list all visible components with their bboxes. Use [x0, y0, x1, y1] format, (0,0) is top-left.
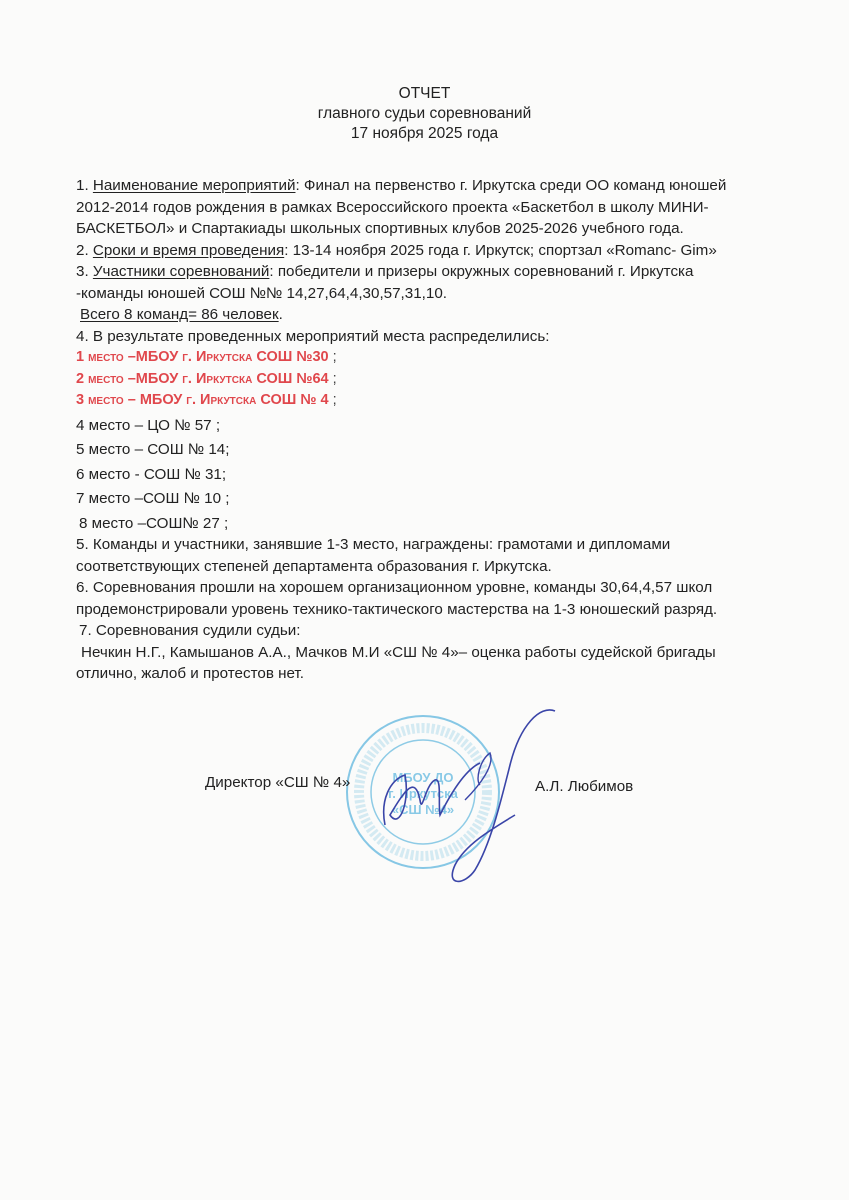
- total-teams: Всего 8 команд= 86 человек: [80, 306, 279, 323]
- report-header: ОТЧЕТ главного судьи соревнований 17 ноя…: [0, 84, 849, 144]
- place-3-end: ;: [329, 392, 337, 408]
- item-6-line-2: продемонстрировали уровень технико-такти…: [76, 599, 776, 621]
- place-1-text: 1 место –МБОУ г. Иркутска СОШ №30: [76, 349, 329, 365]
- item-4-intro: 4. В результате проведенных мероприятий …: [76, 326, 776, 348]
- place-2-end: ;: [329, 371, 337, 387]
- item-1-line-1: 1. Наименование мероприятий: Финал на пе…: [76, 175, 776, 197]
- report-title: ОТЧЕТ: [0, 84, 849, 104]
- report-date: 17 ноября 2025 года: [0, 124, 849, 144]
- item-7-line-2: Нечкин Н.Г., Камышанов А.А., Мачков М.И …: [76, 642, 776, 664]
- report-subtitle: главного судьи соревнований: [0, 104, 849, 124]
- item-1-number: 1.: [76, 177, 93, 194]
- signer-name: А.Л. Любимов: [535, 778, 633, 795]
- place-1-end: ;: [329, 349, 337, 365]
- item-6-line-1: 6. Соревнования прошли на хорошем органи…: [76, 577, 776, 599]
- item-1-heading: Наименование мероприятий: [93, 177, 296, 194]
- item-7-line-3: отлично, жалоб и протестов нет.: [76, 663, 776, 685]
- item-1-text: : Финал на первенство г. Иркутска среди …: [295, 177, 726, 194]
- item-2-text: : 13-14 ноября 2025 года г. Иркутск; спо…: [284, 242, 717, 259]
- signer-position: Директор «СШ № 4»: [205, 774, 350, 791]
- item-3-text: : победители и призеры окружных соревнов…: [269, 263, 693, 280]
- item-5-line-2: соответствующих степеней департамента об…: [76, 556, 776, 578]
- total-teams-end: .: [279, 306, 283, 323]
- place-1: 1 место –МБОУ г. Иркутска СОШ №30 ;: [76, 347, 776, 369]
- signature-block: Директор «СШ № 4» А.Л. Любимов: [0, 770, 849, 800]
- item-3-line-1: 3. Участники соревнований: победители и …: [76, 261, 776, 283]
- item-2: 2. Сроки и время проведения: 13-14 ноябр…: [76, 240, 776, 262]
- place-5: 5 место – СОШ № 14;: [76, 436, 776, 461]
- item-3-number: 3.: [76, 263, 93, 280]
- place-6: 6 место - СОШ № 31;: [76, 461, 776, 486]
- item-3-line-2: -команды юношей СОШ №№ 14,27,64,4,30,57,…: [76, 283, 776, 305]
- item-1-line-3: БАСКЕТБОЛ» и Спартакиады школьных спорти…: [76, 218, 776, 240]
- item-2-heading: Сроки и время проведения: [93, 242, 284, 259]
- place-8: 8 место –СОШ№ 27 ;: [76, 510, 776, 535]
- item-1-line-2: 2012-2014 годов рождения в рамках Всерос…: [76, 197, 776, 219]
- place-4: 4 место – ЦО № 57 ;: [76, 412, 776, 437]
- report-body: 1. Наименование мероприятий: Финал на пе…: [76, 175, 776, 685]
- item-5-line-1: 5. Команды и участники, занявшие 1-3 мес…: [76, 534, 776, 556]
- item-7-line-1: 7. Соревнования судили судьи:: [76, 620, 776, 642]
- item-3-heading: Участники соревнований: [93, 263, 269, 280]
- item-3-total: Всего 8 команд= 86 человек.: [76, 304, 776, 326]
- place-3: 3 место – МБОУ г. Иркутска СОШ № 4 ;: [76, 390, 776, 412]
- document-page: ОТЧЕТ главного судьи соревнований 17 ноя…: [0, 0, 849, 1200]
- place-2: 2 место –МБОУ г. Иркутска СОШ №64 ;: [76, 369, 776, 391]
- place-3-text: 3 место – МБОУ г. Иркутска СОШ № 4: [76, 392, 329, 408]
- item-2-number: 2.: [76, 242, 93, 259]
- place-2-text: 2 место –МБОУ г. Иркутска СОШ №64: [76, 371, 329, 387]
- place-7: 7 место –СОШ № 10 ;: [76, 485, 776, 510]
